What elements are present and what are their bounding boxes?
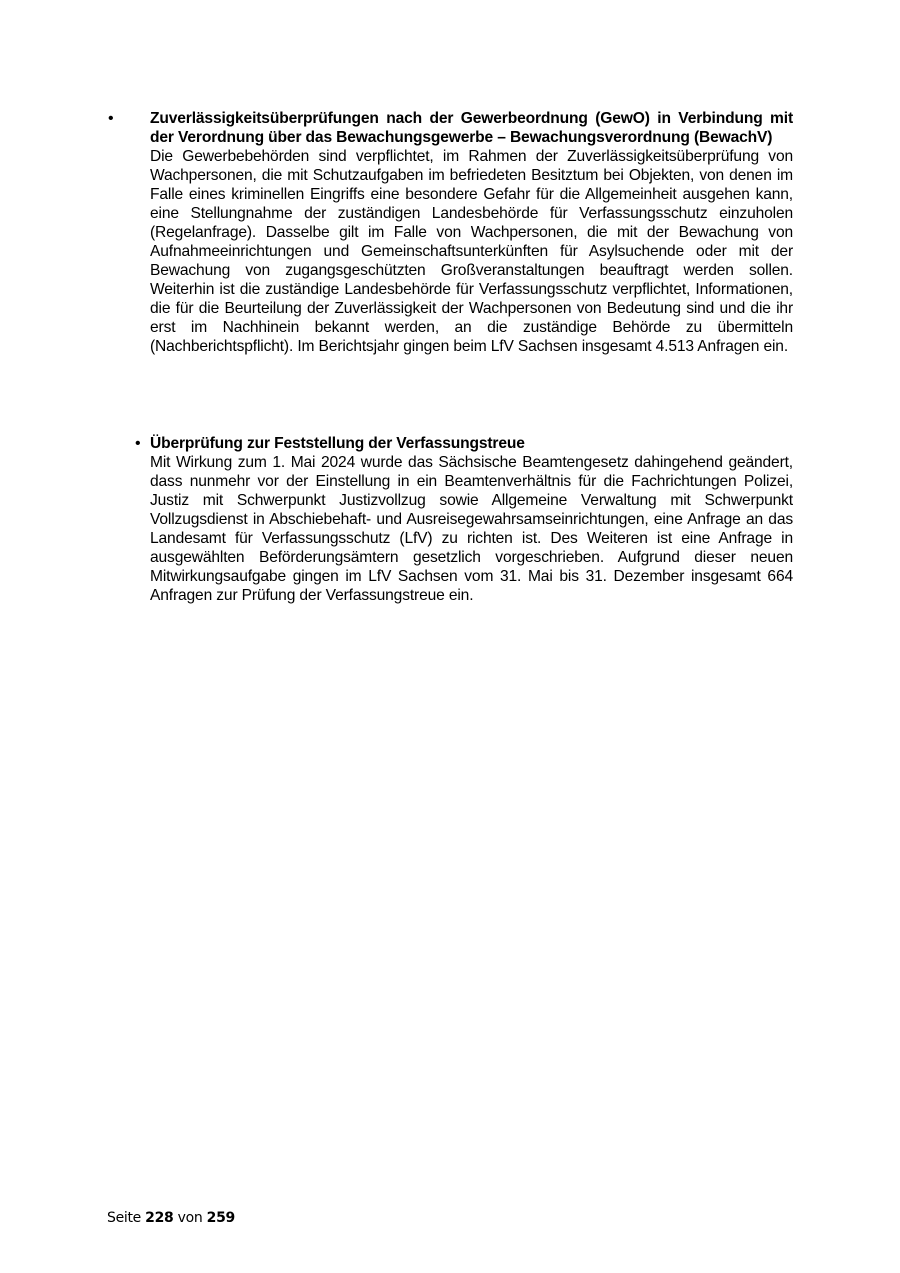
total-page-count: 259 [207, 1210, 235, 1226]
section-zuverlaessigkeitsueberpruefung: Zuverlässigkeitsüberprüfungen nach der G… [150, 109, 793, 356]
section-verfassungstreue: Überprüfung zur Feststellung der Verfass… [150, 434, 793, 605]
bullet-point: • [108, 109, 114, 128]
section-heading: Überprüfung zur Feststellung der Verfass… [150, 434, 793, 453]
page-footer: Seite 228 von 259 [107, 1210, 235, 1226]
section-body: Mit Wirkung zum 1. Mai 2024 wurde das Sä… [150, 453, 793, 605]
page-separator: von [178, 1210, 203, 1226]
section-heading: Zuverlässigkeitsüberprüfungen nach der G… [150, 109, 793, 147]
bullet-point: • [135, 434, 141, 453]
document-page: • Zuverlässigkeitsüberprüfungen nach der… [0, 0, 900, 1273]
page-label: Seite [107, 1210, 141, 1226]
section-body: Die Gewerbebehörden sind verpflichtet, i… [150, 147, 793, 356]
current-page-number: 228 [145, 1210, 173, 1226]
